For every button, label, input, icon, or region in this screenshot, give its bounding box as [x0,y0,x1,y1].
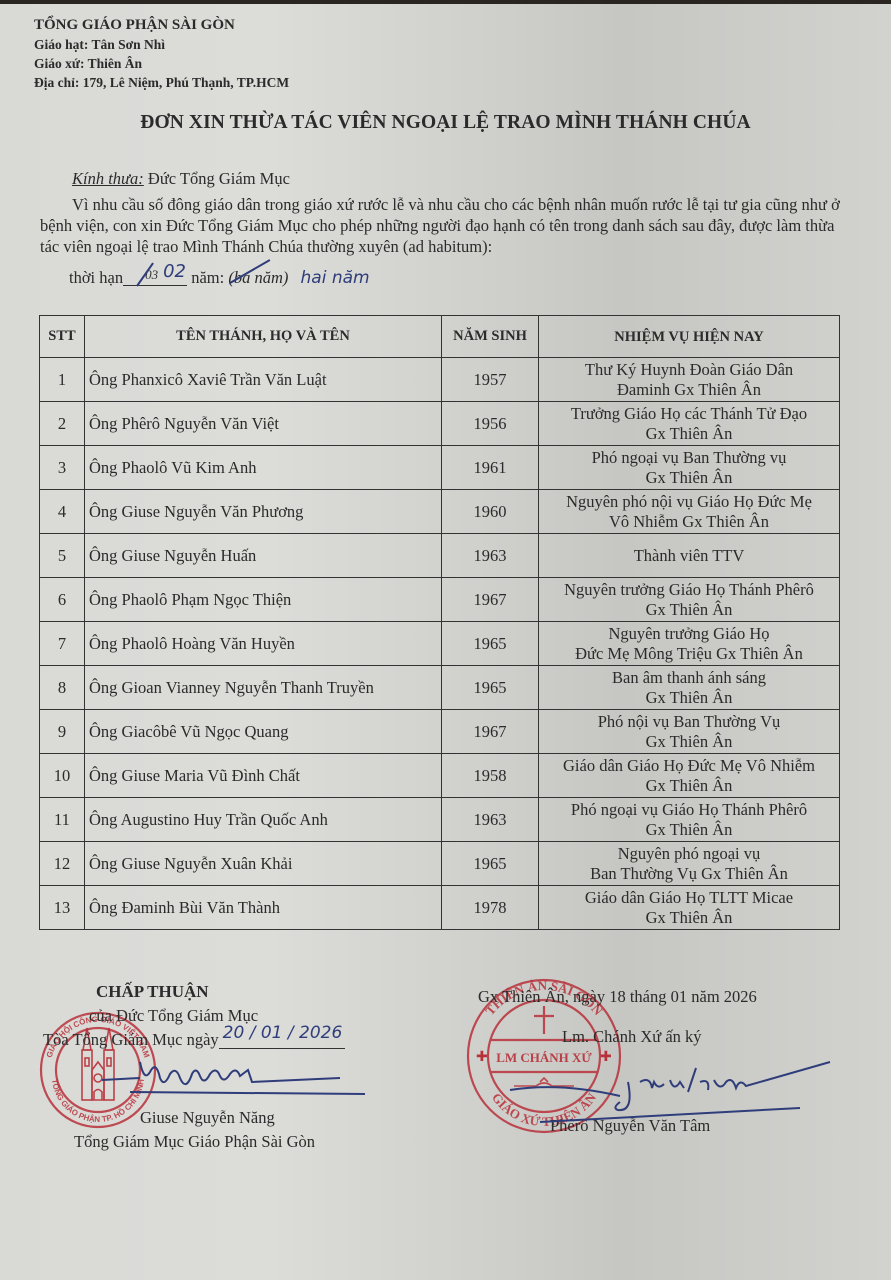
svg-text:✚: ✚ [476,1050,488,1065]
row-stt: 2 [40,402,85,446]
duty-line: Giáo dân Giáo Họ Đức Mẹ Vô Nhiễm [539,756,839,776]
table-header-row: STT TÊN THÁNH, HỌ VÀ TÊN NĂM SINH NHIỆM … [40,316,840,358]
row-birth-year: 1978 [442,886,539,930]
row-name: Ông Giuse Nguyễn Xuân Khải [85,842,442,886]
duty-line: Nguyên trưởng Giáo Họ Thánh Phêrô [539,580,839,600]
row-stt: 11 [40,798,85,842]
duty-line: Gx Thiên Ân [539,908,839,928]
archbishop-title: Tổng Giám Mục Giáo Phận Sài Gòn [74,1131,315,1153]
parish-priest-name: Phêrô Nguyễn Văn Tâm [550,1116,710,1136]
row-duty: Giáo dân Giáo Họ Đức Mẹ Vô NhiễmGx Thiên… [539,754,840,798]
row-name: Ông Giuse Maria Vũ Đình Chất [85,754,442,798]
svg-text:LM CHÁNH XỨ: LM CHÁNH XỨ [496,1050,592,1065]
archbishop-signature [100,1052,380,1102]
table-row: 12Ông Giuse Nguyễn Xuân Khải1965Nguyên p… [40,842,840,886]
row-stt: 3 [40,446,85,490]
row-stt: 6 [40,578,85,622]
table-body: 1Ông Phanxicô Xaviê Trần Văn Luật1957Thư… [40,358,840,930]
duty-line: Giáo dân Giáo Họ TLTT Micae [539,888,839,908]
term-unit-label: năm: [191,268,224,287]
row-birth-year: 1965 [442,622,539,666]
table-row: 8Ông Gioan Vianney Nguyễn Thanh Truyền19… [40,666,840,710]
row-stt: 4 [40,490,85,534]
approval-date-field: 20 / 01 / 2026 [219,1030,345,1049]
term-label: thời hạn [69,268,123,287]
row-birth-year: 1958 [442,754,539,798]
duty-line: Gx Thiên Ân [539,776,839,796]
row-birth-year: 1967 [442,578,539,622]
term-handwritten-words: hai năm [301,268,370,288]
row-birth-year: 1957 [442,358,539,402]
duty-line: Phó ngoại vụ Ban Thường vụ [539,448,839,468]
duty-line: Trưởng Giáo Họ các Thánh Tử Đạo [539,404,839,424]
duty-line: Phó ngoại vụ Giáo Họ Thánh Phêrô [539,800,839,820]
row-birth-year: 1956 [442,402,539,446]
table-row: 1Ông Phanxicô Xaviê Trần Văn Luật1957Thư… [40,358,840,402]
duty-line: Gx Thiên Ân [539,732,839,752]
row-name: Ông Phanxicô Xaviê Trần Văn Luật [85,358,442,402]
duty-line: Phó nội vụ Ban Thường Vụ [539,712,839,732]
duty-line: Ban Thường Vụ Gx Thiên Ân [539,864,839,884]
duty-line: Vô Nhiễm Gx Thiên Ân [539,512,839,532]
table-row: 2Ông Phêrô Nguyễn Văn Việt1956Trưởng Giá… [40,402,840,446]
table-row: 13Ông Đaminh Bùi Văn Thành1978Giáo dân G… [40,886,840,930]
parish-date-line: Gx Thiên Ân, ngày 18 tháng 01 năm 2026 [478,987,757,1007]
row-duty: Phó nội vụ Ban Thường VụGx Thiên Ân [539,710,840,754]
letterhead: TỔNG GIÁO PHẬN SÀI GÒN Giáo hạt: Tân Sơn… [34,16,289,92]
parish-line: Giáo xứ: Thiên Ân [34,54,289,73]
salutation-recipient: Đức Tổng Giám Mục [148,169,290,188]
duty-line: Thư Ký Huynh Đoàn Giáo Dân [539,360,839,380]
table-row: 7Ông Phaolô Hoàng Văn Huyền1965Nguyên tr… [40,622,840,666]
term-printed-words: (ba năm) [228,268,288,287]
duty-line: Nguyên phó nội vụ Giáo Họ Đức Mẹ [539,492,839,512]
duty-line: Nguyên trưởng Giáo Họ [539,624,839,644]
request-paragraph: Vì nhu cầu số đông giáo dân trong giáo x… [40,194,855,257]
row-duty: Trưởng Giáo Họ các Thánh Tử ĐạoGx Thiên … [539,402,840,446]
table-row: 9Ông Giacôbê Vũ Ngọc Quang1967Phó nội vụ… [40,710,840,754]
duty-line: Đức Mẹ Mông Triệu Gx Thiên Ân [539,644,839,664]
row-stt: 12 [40,842,85,886]
row-stt: 10 [40,754,85,798]
approval-date-line: Tòa Tổng Giám Mục ngày20 / 01 / 2026 [43,1029,345,1051]
table-row: 6Ông Phaolô Phạm Ngọc Thiện1967Nguyên tr… [40,578,840,622]
row-duty: Phó ngoại vụ Giáo Họ Thánh PhêrôGx Thiên… [539,798,840,842]
row-name: Ông Giuse Nguyễn Văn Phương [85,490,442,534]
approval-heading: CHẤP THUẬN [96,981,209,1003]
row-birth-year: 1961 [442,446,539,490]
table-row: 5Ông Giuse Nguyễn Huấn1963Thành viên TTV [40,534,840,578]
table-row: 4Ông Giuse Nguyễn Văn Phương1960Nguyên p… [40,490,840,534]
row-name: Ông Phaolô Phạm Ngọc Thiện [85,578,442,622]
duty-line: Gx Thiên Ân [539,424,839,444]
duty-line: Gx Thiên Ân [539,600,839,620]
salutation-label: Kính thưa: [72,169,144,188]
row-stt: 13 [40,886,85,930]
duty-line: Đaminh Gx Thiên Ân [539,380,839,400]
row-name: Ông Phaolô Hoàng Văn Huyền [85,622,442,666]
row-name: Ông Đaminh Bùi Văn Thành [85,886,442,930]
row-duty: Nguyên phó nội vụ Giáo Họ Đức MẹVô Nhiễm… [539,490,840,534]
organization-name: TỔNG GIÁO PHẬN SÀI GÒN [34,16,289,35]
minister-list-table: STT TÊN THÁNH, HỌ VÀ TÊN NĂM SINH NHIỆM … [39,315,840,930]
row-name: Ông Phaolô Vũ Kim Anh [85,446,442,490]
row-stt: 8 [40,666,85,710]
row-birth-year: 1967 [442,710,539,754]
deanery-line: Giáo hạt: Tân Sơn Nhì [34,35,289,54]
archbishop-name: Giuse Nguyễn Năng [140,1107,275,1129]
row-birth-year: 1965 [442,842,539,886]
row-birth-year: 1960 [442,490,539,534]
duty-line: Ban âm thanh ánh sáng [539,668,839,688]
row-stt: 7 [40,622,85,666]
duty-line: Nguyên phó ngoại vụ [539,844,839,864]
row-name: Ông Augustino Huy Trần Quốc Anh [85,798,442,842]
duty-line: Gx Thiên Ân [539,468,839,488]
row-birth-year: 1965 [442,666,539,710]
salutation: Kính thưa: Đức Tổng Giám Mục [72,169,290,189]
row-name: Ông Gioan Vianney Nguyễn Thanh Truyền [85,666,442,710]
row-duty: Thư Ký Huynh Đoàn Giáo DânĐaminh Gx Thiê… [539,358,840,402]
header-duty: NHIỆM VỤ HIỆN NAY [539,316,840,358]
table-row: 10Ông Giuse Maria Vũ Đình Chất1958Giáo d… [40,754,840,798]
table-row: 3Ông Phaolô Vũ Kim Anh1961Phó ngoại vụ B… [40,446,840,490]
document-page: TỔNG GIÁO PHẬN SÀI GÒN Giáo hạt: Tân Sơn… [0,4,891,1280]
row-name: Ông Giuse Nguyễn Huấn [85,534,442,578]
term-line: thời hạn0302 năm: (ba năm) hai năm [69,268,370,288]
row-duty: Ban âm thanh ánh sángGx Thiên Ân [539,666,840,710]
parish-priest-role: Lm. Chánh Xứ ấn ký [562,1027,702,1047]
row-duty: Nguyên phó ngoại vụBan Thường Vụ Gx Thiê… [539,842,840,886]
row-stt: 1 [40,358,85,402]
row-stt: 9 [40,710,85,754]
duty-line: Thành viên TTV [539,546,839,566]
row-duty: Nguyên trưởng Giáo Họ Thánh PhêrôGx Thiê… [539,578,840,622]
address-line: Địa chỉ: 179, Lê Niệm, Phú Thạnh, TP.HCM [34,73,289,92]
document-title: ĐƠN XIN THỪA TÁC VIÊN NGOẠI LỆ TRAO MÌNH… [0,112,891,134]
table-row: 11Ông Augustino Huy Trần Quốc Anh1963Phó… [40,798,840,842]
row-name: Ông Phêrô Nguyễn Văn Việt [85,402,442,446]
row-stt: 5 [40,534,85,578]
term-handwritten-value: 02 [163,261,186,282]
row-birth-year: 1963 [442,798,539,842]
svg-text:✚: ✚ [600,1050,612,1065]
row-duty: Giáo dân Giáo Họ TLTT MicaeGx Thiên Ân [539,886,840,930]
svg-text:TỔNG GIÁO PHẬN TP. HỒ CHÍ MINH: TỔNG GIÁO PHẬN TP. HỒ CHÍ MINH [50,1078,146,1124]
row-duty: Phó ngoại vụ Ban Thường vụGx Thiên Ân [539,446,840,490]
duty-line: Gx Thiên Ân [539,688,839,708]
row-duty: Nguyên trưởng Giáo HọĐức Mẹ Mông Triệu G… [539,622,840,666]
approval-handwritten-date: 20 / 01 / 2026 [223,1022,343,1044]
row-duty: Thành viên TTV [539,534,840,578]
term-value-field: 0302 [123,269,187,286]
header-stt: STT [40,316,85,358]
row-name: Ông Giacôbê Vũ Ngọc Quang [85,710,442,754]
header-name: TÊN THÁNH, HỌ VÀ TÊN [85,316,442,358]
row-birth-year: 1963 [442,534,539,578]
header-year: NĂM SINH [442,316,539,358]
duty-line: Gx Thiên Ân [539,820,839,840]
